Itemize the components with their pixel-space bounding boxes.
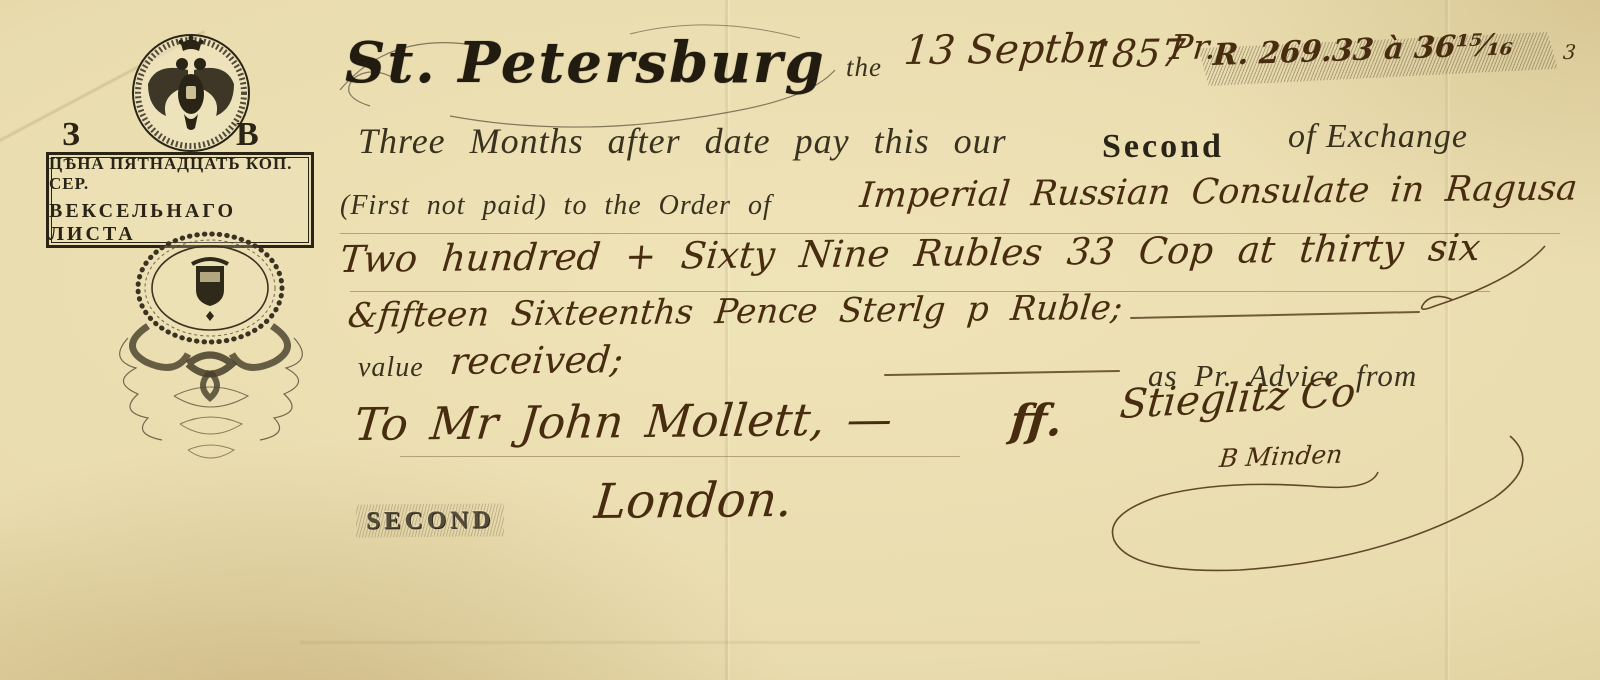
ink-dash <box>1130 311 1420 319</box>
term-printed: Three Months after date pay this our <box>358 120 1007 162</box>
rate-handwritten: &fifteen Sixteenths Pence Sterlg p Ruble… <box>346 288 1124 336</box>
copy-word: Second <box>1102 128 1224 166</box>
signature-oval-flourish <box>1090 420 1550 600</box>
bill-of-exchange-document: З В ЦѢНА ПЯТНАДЦАТЬ КОП. СЕР. ВЕКСЕЛЬНАГ… <box>0 0 1600 680</box>
amount-words-handwritten: Two hundred + Sixty Nine Rubles 33 Cop a… <box>338 226 1482 281</box>
date-handwritten: 13 Septbr <box>902 26 1107 74</box>
value-handwritten: received; <box>448 338 625 383</box>
of-exchange-printed: of Exchange <box>1288 118 1468 156</box>
stamp-price-line: ЦѢНА ПЯТНАДЦАТЬ КОП. СЕР. <box>49 154 311 194</box>
place-name: St. Petersburg <box>345 30 826 96</box>
city-handwritten: London. <box>592 472 795 530</box>
pen-flourish <box>1395 240 1555 340</box>
value-printed: value <box>358 352 424 384</box>
ink-dash <box>884 370 1120 376</box>
ruled-baseline <box>400 456 960 457</box>
stamp-letter-left: З <box>62 116 80 154</box>
the-label: the <box>846 52 882 83</box>
addressee-handwritten: To Mr John Mollett, — <box>352 392 895 451</box>
first-not-paid-printed: (First not paid) to the Order of <box>340 190 772 222</box>
payee-handwritten: Imperial Russian Consulate in Ragusa <box>858 168 1579 216</box>
second-copy-stamp: SECOND <box>356 503 504 537</box>
amount-note: 3 <box>1562 40 1577 64</box>
signature-prefix: ff. <box>1008 395 1065 447</box>
bottom-crease <box>300 640 1200 645</box>
stamp-letter-right: В <box>236 116 259 154</box>
oval-coat-of-arms-seal-icon <box>88 226 338 476</box>
